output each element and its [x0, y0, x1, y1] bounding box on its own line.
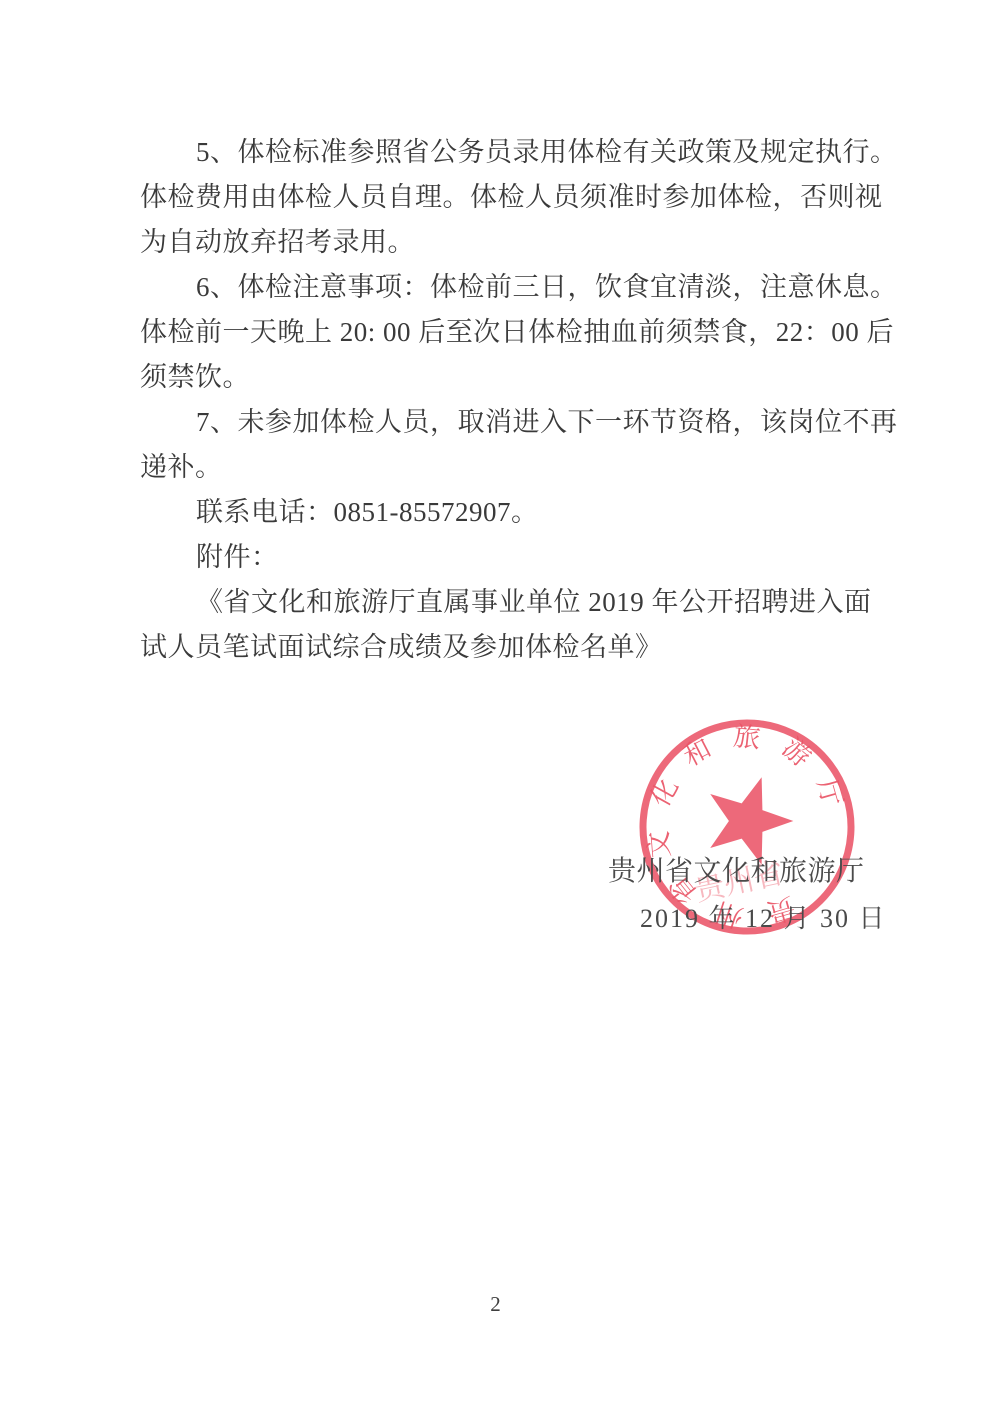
- body-line: 须禁饮。: [140, 355, 876, 400]
- body-line: 递补。: [140, 445, 876, 490]
- attachment-title-line: 试人员笔试面试综合成绩及参加体检名单》: [140, 625, 876, 670]
- body-line: 体检费用由体检人员自理。体检人员须准时参加体检，否则视: [140, 175, 876, 220]
- document-body: 5、体检标准参照省公务员录用体检有关政策及规定执行。 体检费用由体检人员自理。体…: [140, 130, 876, 670]
- attachment-label-line: 附件：: [140, 535, 876, 580]
- body-line: 6、体检注意事项：体检前三日，饮食宜清淡，注意休息。: [140, 265, 876, 310]
- body-line: 5、体检标准参照省公务员录用体检有关政策及规定执行。: [140, 130, 876, 175]
- body-line: 7、未参加体检人员，取消进入下一环节资格，该岗位不再: [140, 400, 876, 445]
- signature-agency: 贵州省文化和旅游厅: [608, 849, 865, 889]
- attachment-title-line: 《省文化和旅游厅直属事业单位 2019 年公开招聘进入面: [140, 580, 876, 625]
- document-page: 5、体检标准参照省公务员录用体检有关政策及规定执行。 体检费用由体检人员自理。体…: [0, 0, 991, 1405]
- page-number: 2: [0, 1292, 991, 1317]
- body-line: 为自动放弃招考录用。: [140, 220, 876, 265]
- signature-date: 2019 年 12 月 30 日: [640, 898, 887, 935]
- contact-phone-line: 联系电话：0851-85572907。: [140, 490, 876, 535]
- body-line: 体检前一天晚上 20: 00 后至次日体检抽血前须禁食，22：00 后: [140, 310, 876, 355]
